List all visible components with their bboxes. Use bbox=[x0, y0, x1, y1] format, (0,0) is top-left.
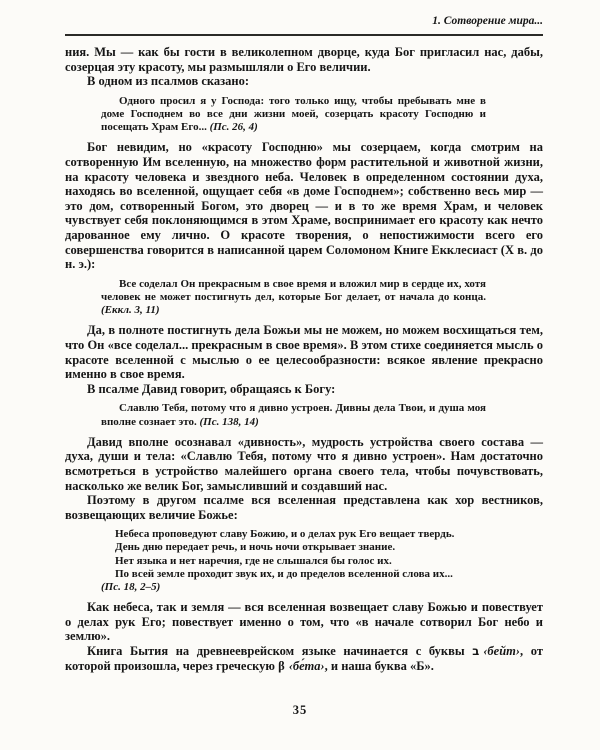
scripture-quote: Все соделал Он прекрасным в свое время и… bbox=[101, 278, 486, 318]
transliterated-term-beit: ‹бейт› bbox=[483, 644, 520, 658]
paragraph: В одном из псалмов сказано: bbox=[65, 74, 543, 89]
hebrew-letter-bet: ב bbox=[472, 644, 479, 658]
running-header: 1. Сотворение мира... bbox=[65, 14, 543, 36]
paragraph-text: , и наша буква «Б». bbox=[325, 659, 434, 673]
scripture-quote: Одного просил я у Господа: того только и… bbox=[101, 95, 486, 135]
scripture-reference-line: (Пс. 18, 2–5) bbox=[101, 581, 523, 594]
verse-line: Небеса проповедуют славу Божию, и о дела… bbox=[101, 528, 523, 541]
paragraph-text: Книга Бытия на древнееврейском языке нач… bbox=[87, 644, 472, 658]
paragraph: В псалме Давид говорит, обращаясь к Богу… bbox=[65, 382, 543, 397]
paragraph: Да, в полноте постигнуть дела Божьи мы н… bbox=[65, 323, 543, 381]
transliterated-term-beta: ‹бе́та› bbox=[289, 659, 325, 673]
paragraph: Как небеса, так и земля — вся вселенная … bbox=[65, 600, 543, 644]
scripture-reference: (Пс. 138, 14) bbox=[199, 416, 258, 428]
quote-text: Все соделал Он прекрасным в свое время и… bbox=[101, 278, 486, 303]
running-header-title: 1. Сотворение мира... bbox=[432, 15, 543, 27]
verse-line: Нет языка и нет наречия, где не слышался… bbox=[101, 555, 523, 568]
scripture-reference: (Пс. 26, 4) bbox=[210, 121, 258, 133]
scripture-reference: (Пс. 18, 2–5) bbox=[101, 581, 160, 593]
page-content: 1. Сотворение мира... ния. Мы — как бы г… bbox=[65, 14, 543, 673]
verse-line: По всей земле проходит звук их, и до пре… bbox=[101, 568, 523, 581]
quote-text: Славлю Тебя, потому что я дивно устроен.… bbox=[101, 402, 486, 427]
verse-line: День дню передает речь, и ночь ночи откр… bbox=[101, 541, 523, 554]
paragraph: Давид вполне осознавал «дивность», мудро… bbox=[65, 435, 543, 493]
page-number: 35 bbox=[0, 703, 600, 718]
psalm-verse-quote: Небеса проповедуют славу Божию, и о дела… bbox=[101, 528, 523, 594]
greek-letter-beta: β bbox=[278, 659, 285, 673]
paragraph: Бог невидим, но «красоту Господню» мы со… bbox=[65, 140, 543, 271]
scripture-reference: (Еккл. 3, 11) bbox=[101, 304, 160, 316]
quote-text: Одного просил я у Господа: того только и… bbox=[101, 95, 486, 133]
body-text: ния. Мы — как бы гости в великолепном дв… bbox=[65, 45, 543, 673]
paragraph: Книга Бытия на древнееврейском языке нач… bbox=[65, 644, 543, 673]
paragraph-continuation: ния. Мы — как бы гости в великолепном дв… bbox=[65, 45, 543, 74]
scripture-quote: Славлю Тебя, потому что я дивно устроен.… bbox=[101, 402, 486, 428]
paragraph: Поэтому в другом псалме вся вселенная пр… bbox=[65, 493, 543, 522]
book-page: 1. Сотворение мира... ния. Мы — как бы г… bbox=[0, 0, 600, 750]
